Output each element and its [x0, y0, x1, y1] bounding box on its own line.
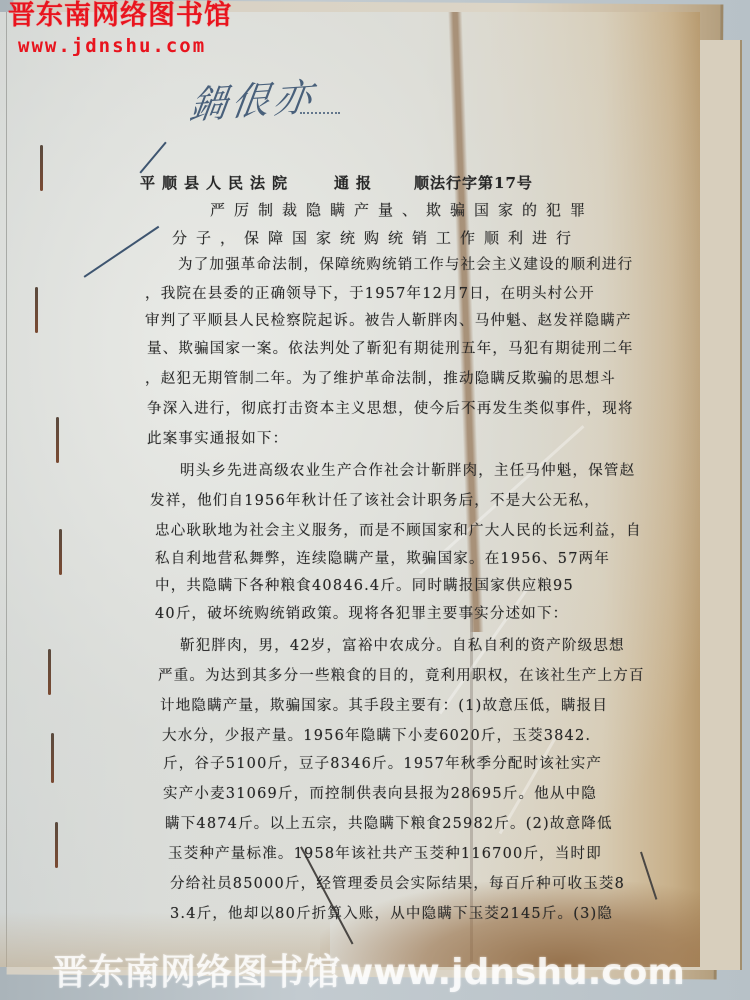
notice-type: 通报 [334, 174, 378, 192]
document-number: 顺法行字第17号 [414, 174, 533, 192]
body-line: 玉茭种产量标准。1958年该社共产玉茭种116700斤，当时即 [168, 842, 602, 863]
body-line: 严重。为达到其多分一些粮食的目的，竟利用职权，在该社生产上方百 [158, 664, 645, 685]
staple-hole [40, 145, 43, 191]
pen-mark [139, 142, 166, 174]
body-line: 3.4斤，他却以80斤折算入账，从中隐瞒下玉茭2145斤。(3)隐 [170, 902, 613, 923]
body-line: 为了加强革命法制，保障统购统销工作与社会主义建设的顺利进行 [178, 253, 633, 274]
body-line: 实产小麦31069斤，而控制供表向县报为28695斤。他从中隐 [163, 782, 597, 803]
pen-mark [84, 226, 159, 278]
body-line: 斤，谷子5100斤，豆子8346斤。1957年秋季分配时该社实产 [163, 752, 602, 773]
body-line: ，赵犯无期管制二年。为了维护革命法制，推动隐瞒反欺骗的思想斗 [145, 367, 616, 388]
body-line: 大水分，少报产量。1956年隐瞒下小麦6020斤，玉茭3842. [162, 724, 591, 745]
body-line: 量、欺骗国家一案。依法判处了靳犯有期徒刑五年，马犯有期徒刑二年 [147, 337, 634, 358]
body-line: 私自利地营私舞弊，连续隐瞒产量，欺骗国家。在1956、57两年 [155, 547, 610, 568]
body-line: 瞒下4874斤。以上五宗，共隐瞒下粮食25982斤。(2)故意降低 [165, 812, 613, 833]
handwritten-signature: 鍋佷亦 [186, 65, 320, 129]
staple-hole [35, 287, 38, 333]
body-line: 靳犯胖肉，男，42岁，富裕中农成分。自私自利的资产阶级思想 [180, 634, 625, 655]
watermark-site-name: 晋东南网络图书馆 [8, 2, 232, 29]
body-line: 此案事实通报如下： [147, 427, 288, 448]
watermark-url: www.jdnshu.com [18, 37, 206, 56]
body-line: 40斤，破坏统购统销政策。现将各犯罪主要事实分述如下： [155, 602, 568, 623]
issuer: 平顺县人民法院 [140, 174, 294, 192]
staple-hole [56, 417, 59, 463]
watermark-footer: 晋东南网络图书馆www.jdnshu.com [52, 955, 685, 991]
staple-hole [59, 529, 62, 575]
body-line: 明头乡先进高级农业生产合作社会计靳胖肉，主任马仲魁，保管赵 [180, 459, 635, 480]
document-page: 鍋佷亦 平顺县人民法院通报顺法行字第17号 严厉制裁隐瞒产量、欺骗国家的犯罪 分… [0, 12, 700, 967]
body-line: 忠心耿耿地为社会主义服务，而是不顾国家和广大人民的长远利益，自 [155, 519, 642, 540]
body-line: 审判了平顺县人民检察院起诉。被告人靳胖肉、马仲魁、赵发祥隐瞒产 [145, 309, 632, 330]
staple-hole [48, 649, 51, 695]
body-line: 计地隐瞒产量，欺骗国家。其手段主要有：(1)故意压低，瞒报目 [160, 694, 608, 715]
signature-flourish [300, 112, 340, 114]
body-line: 中，共隐瞒下各种粮食40846.4斤。同时瞒报国家供应粮95 [155, 574, 574, 595]
body-line: 争深入进行，彻底打击资本主义思想，使今后不再发生类似事件，现将 [147, 397, 634, 418]
body-line: 分给社员85000斤，经管理委员会实际结果，每百斤种可收玉茭8 [170, 872, 625, 893]
body-line: 发祥，他们自1956年秋计任了该社会计职务后，不是大公无私， [150, 489, 600, 510]
body-line: ，我院在县委的正确领导下，于1957年12月7日，在明头村公开 [145, 282, 595, 303]
binding-edge [6, 12, 7, 967]
title-line: 分子，保障国家统购统销工作顺利进行 [172, 227, 580, 248]
title-line: 严厉制裁隐瞒产量、欺骗国家的犯罪 [210, 199, 594, 220]
staple-hole [55, 822, 58, 868]
staple-hole [51, 733, 54, 783]
document-header: 平顺县人民法院通报顺法行字第17号 [140, 172, 533, 193]
